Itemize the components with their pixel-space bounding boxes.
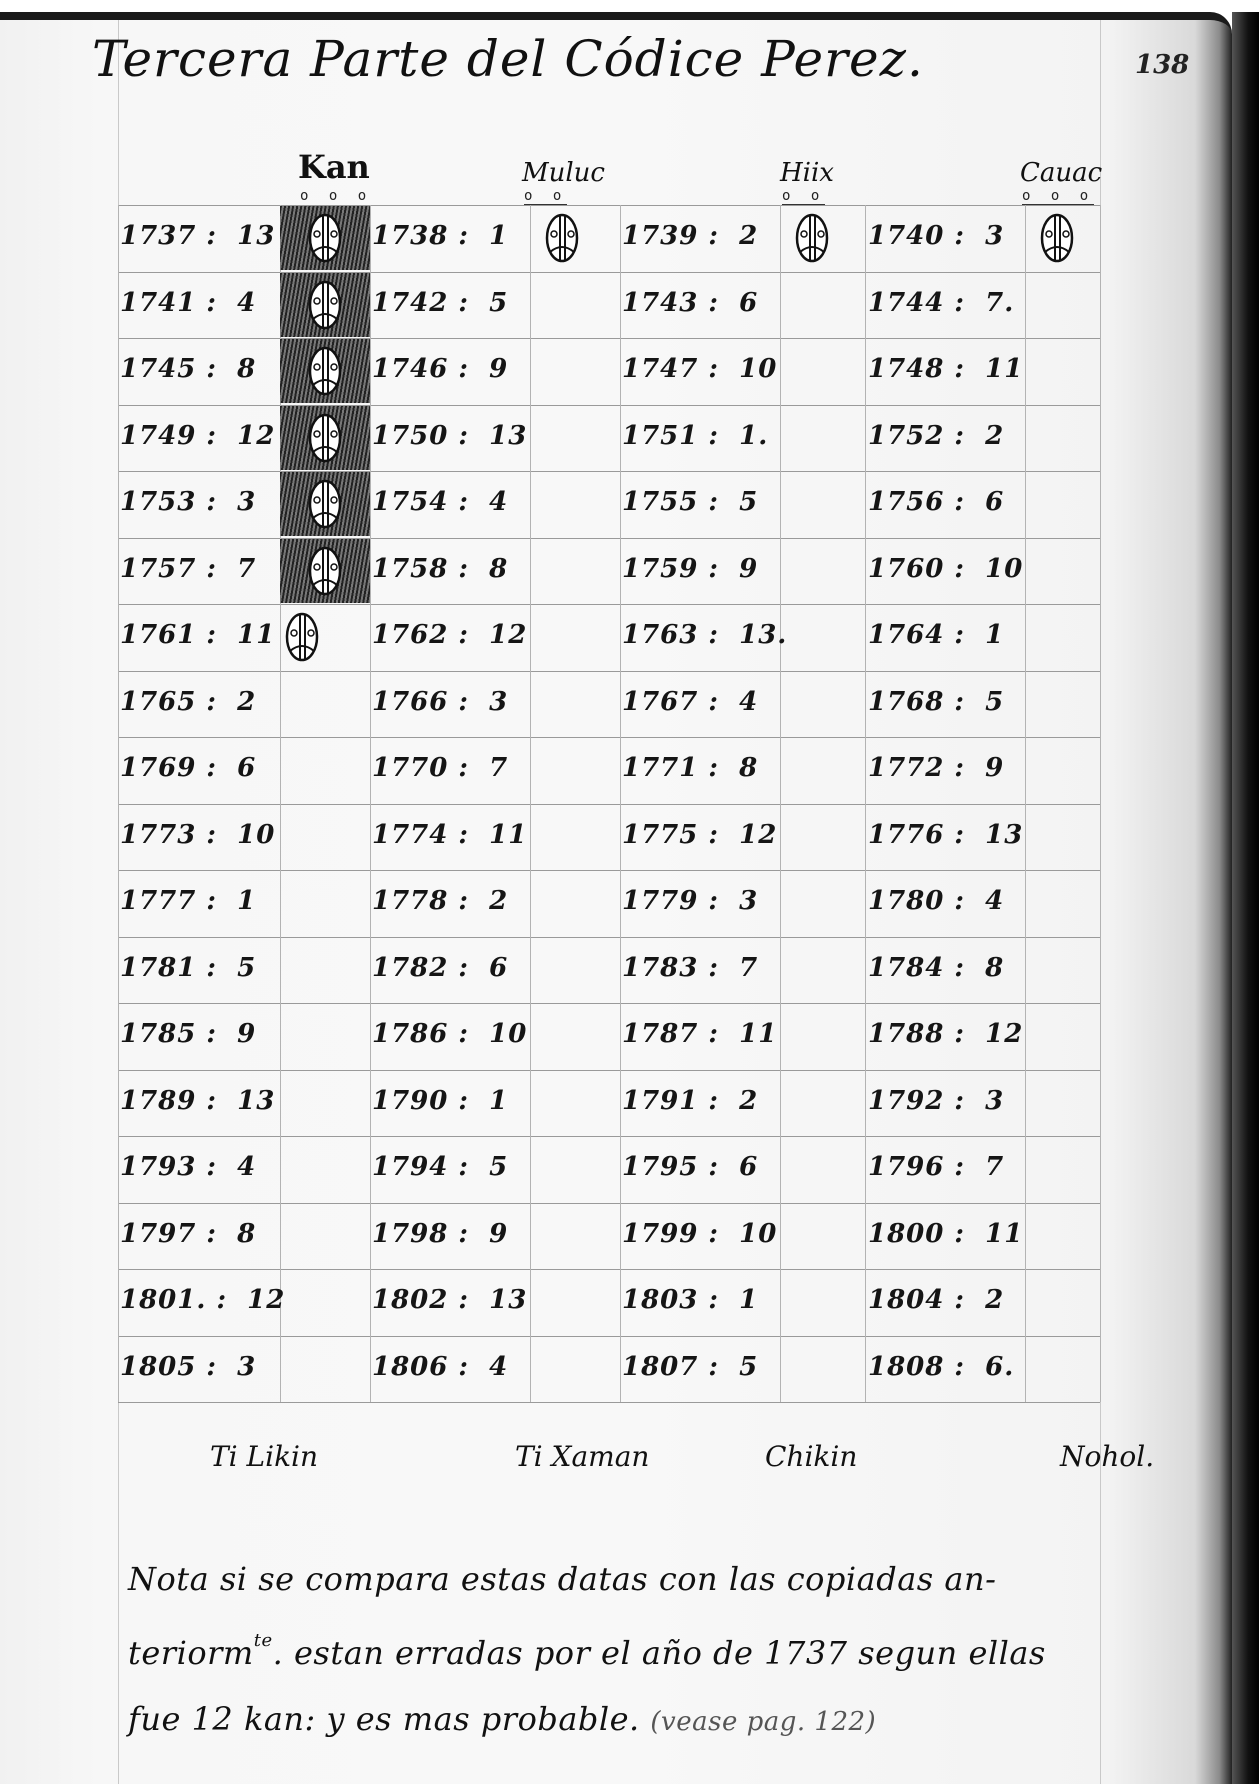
page-number: 138 — [1135, 50, 1189, 80]
year-entry: 1783 : 7 — [622, 953, 758, 983]
year-entry: 1768 : 5 — [868, 687, 1004, 717]
year-entry: 1796 : 7 — [868, 1152, 1004, 1182]
column-header-cauac: Cauac — [1020, 158, 1102, 188]
column-header-muluc: Muluc — [522, 158, 605, 188]
year-entry: 1766 : 3 — [372, 687, 508, 717]
maya-kan-glyph-icon — [280, 206, 370, 270]
page-title: Tercera Parte del Códice Perez. — [92, 30, 924, 88]
column-header-hiix: Hiix — [780, 158, 834, 188]
year-entry: 1778 : 2 — [372, 886, 508, 916]
year-entry: 1746 : 9 — [372, 354, 508, 384]
year-entry: 1761 : 11 — [120, 620, 275, 650]
year-entry: 1745 : 8 — [120, 354, 256, 384]
year-entry: 1740 : 3 — [868, 221, 1004, 251]
note-page-reference: (vease pag. 122) — [650, 1707, 876, 1737]
year-entry: 1799 : 10 — [622, 1219, 777, 1249]
year-entry: 1787 : 11 — [622, 1019, 777, 1049]
year-entry: 1764 : 1 — [868, 620, 1004, 650]
year-entry: 1763 : 13. — [622, 620, 787, 650]
year-entry: 1767 : 4 — [622, 687, 758, 717]
numeral-dots: o o o — [300, 188, 372, 204]
year-entry: 1805 : 3 — [120, 1352, 256, 1382]
year-entry: 1802 : 13 — [372, 1285, 527, 1315]
year-entry: 1794 : 5 — [372, 1152, 508, 1182]
year-entry: 1755 : 5 — [622, 487, 758, 517]
right-margin-rule — [1100, 20, 1101, 1784]
year-entry: 1785 : 9 — [120, 1019, 256, 1049]
year-entry: 1744 : 7. — [868, 288, 1014, 318]
year-entry: 1747 : 10 — [622, 354, 777, 384]
year-entry: 1791 : 2 — [622, 1086, 758, 1116]
year-entry: 1784 : 8 — [868, 953, 1004, 983]
year-entry: 1774 : 11 — [372, 820, 527, 850]
note-superscript: te — [254, 1630, 273, 1651]
direction-label: Nohol. — [1060, 1440, 1154, 1473]
year-entry: 1758 : 8 — [372, 554, 508, 584]
year-entry: 1749 : 12 — [120, 421, 275, 451]
year-entry: 1793 : 4 — [120, 1152, 256, 1182]
direction-label: Ti Xaman — [515, 1440, 649, 1473]
left-margin-rule — [118, 20, 119, 1784]
note-line-3: fue 12 kan: y es mas probable. (vease pa… — [128, 1700, 876, 1738]
direction-label: Chikin — [765, 1440, 857, 1473]
year-entry: 1795 : 6 — [622, 1152, 758, 1182]
maya-muluc-glyph-icon — [540, 209, 584, 267]
year-entry: 1738 : 1 — [372, 221, 508, 251]
year-entry: 1786 : 10 — [372, 1019, 527, 1049]
year-entry: 1750 : 13 — [372, 421, 527, 451]
year-entry: 1771 : 8 — [622, 753, 758, 783]
note-text-2b: . estan erradas por el año de 1737 segun… — [273, 1634, 1046, 1672]
year-entry: 1765 : 2 — [120, 687, 256, 717]
direction-label: Ti Likin — [210, 1440, 318, 1473]
year-entry: 1741 : 4 — [120, 288, 256, 318]
note-text-1: Nota si se compara estas datas con las c… — [128, 1560, 996, 1598]
year-entry: 1782 : 6 — [372, 953, 508, 983]
year-entry: 1803 : 1 — [622, 1285, 758, 1315]
maya-hiix-glyph-icon — [790, 209, 834, 267]
year-entry: 1807 : 5 — [622, 1352, 758, 1382]
year-entry: 1757 : 7 — [120, 554, 256, 584]
year-entry: 1751 : 1. — [622, 421, 768, 451]
year-entry: 1772 : 9 — [868, 753, 1004, 783]
maya-kan-glyph-icon — [280, 608, 324, 666]
note-line-2: teriormte. estan erradas por el año de 1… — [128, 1630, 1046, 1672]
year-entry: 1788 : 12 — [868, 1019, 1023, 1049]
year-entry: 1753 : 3 — [120, 487, 256, 517]
column-header-kan: Kan — [298, 148, 370, 186]
binding-shadow — [1232, 12, 1259, 1784]
year-entry: 1779 : 3 — [622, 886, 758, 916]
year-entry: 1797 : 8 — [120, 1219, 256, 1249]
maya-kan-glyph-icon — [280, 339, 370, 403]
year-entry: 1777 : 1 — [120, 886, 256, 916]
maya-kan-glyph-icon — [280, 273, 370, 337]
year-entry: 1759 : 9 — [622, 554, 758, 584]
year-entry: 1790 : 1 — [372, 1086, 508, 1116]
numeral-dots: o o — [782, 188, 825, 205]
note-text-3: fue 12 kan: y es mas probable. — [128, 1700, 640, 1738]
year-entry: 1800 : 11 — [868, 1219, 1023, 1249]
year-entry: 1737 : 13 — [120, 221, 275, 251]
note-line-1: Nota si se compara estas datas con las c… — [128, 1560, 996, 1598]
year-entry: 1770 : 7 — [372, 753, 508, 783]
year-entry: 1773 : 10 — [120, 820, 275, 850]
year-entry: 1776 : 13 — [868, 820, 1023, 850]
year-entry: 1780 : 4 — [868, 886, 1004, 916]
numeral-dots: o o o — [1022, 188, 1094, 205]
year-entry: 1743 : 6 — [622, 288, 758, 318]
maya-kan-glyph-icon — [280, 539, 370, 603]
year-entry: 1739 : 2 — [622, 221, 758, 251]
year-entry: 1775 : 12 — [622, 820, 777, 850]
note-text-2a: teriorm — [128, 1634, 254, 1672]
year-entry: 1756 : 6 — [868, 487, 1004, 517]
year-entry: 1781 : 5 — [120, 953, 256, 983]
maya-kan-glyph-icon — [280, 406, 370, 470]
year-entry: 1742 : 5 — [372, 288, 508, 318]
year-entry: 1769 : 6 — [120, 753, 256, 783]
maya-kan-glyph-icon — [280, 472, 370, 536]
year-entry: 1806 : 4 — [372, 1352, 508, 1382]
year-entry: 1801. : 12 — [120, 1285, 285, 1315]
numeral-dots: o o — [524, 188, 567, 205]
year-entry: 1792 : 3 — [868, 1086, 1004, 1116]
year-entry: 1798 : 9 — [372, 1219, 508, 1249]
maya-cauac-glyph-icon — [1035, 209, 1079, 267]
year-entry: 1804 : 2 — [868, 1285, 1004, 1315]
year-entry: 1754 : 4 — [372, 487, 508, 517]
year-entry: 1789 : 13 — [120, 1086, 275, 1116]
year-entry: 1752 : 2 — [868, 421, 1004, 451]
year-entry: 1760 : 10 — [868, 554, 1023, 584]
year-entry: 1748 : 11 — [868, 354, 1023, 384]
year-entry: 1762 : 12 — [372, 620, 527, 650]
year-entry: 1808 : 6. — [868, 1352, 1014, 1382]
